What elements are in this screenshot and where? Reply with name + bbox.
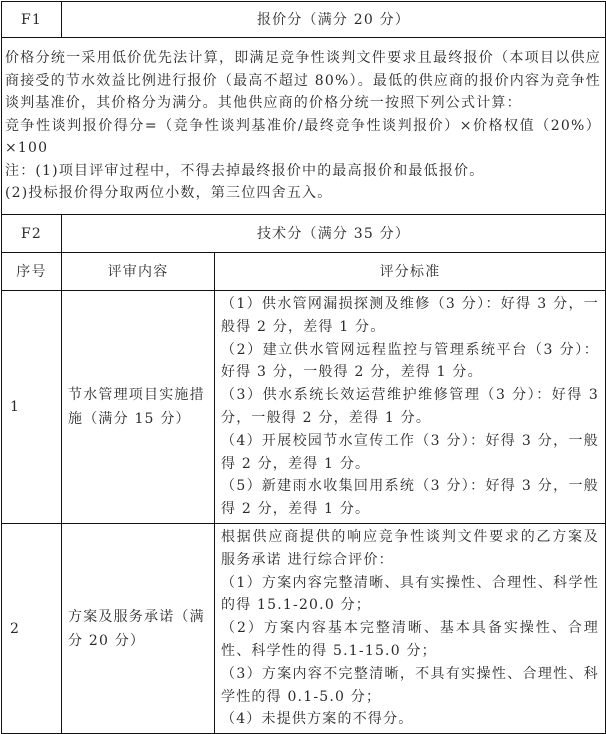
row-item: 方案及服务承诺（满分 20 分）: [62, 523, 215, 711]
criteria-line: （5）新建雨水收集回用系统（3 分）：好得 3 分，一般得 2 分，差得 1 分…: [221, 475, 599, 521]
row-item: 节水管理项目实施措施（满分 15 分）: [62, 291, 215, 524]
criteria-line: （2）方案内容基本完整清晰、基本具备实操性、合理性、科学性的得 5.1-15.0…: [221, 617, 599, 663]
criteria-line: （3）供水系统长效运营维护维修管理（3 分）：好得 3 分，一般得 2 分，差得…: [221, 384, 599, 430]
criteria-line: （2）建立供水管网远程监控与管理系统平台（3 分）：好得 3 分，一般得 2 分…: [221, 339, 599, 385]
scoring-table: F1 报价分（满分 20 分） 价格分统一采用低价优先法计算，即满足竞争性谈判文…: [1, 1, 606, 711]
criteria-line: （1）供水管网漏损探测及维修（3 分）：好得 3 分，一般得 2 分，差得 1 …: [221, 293, 599, 339]
f1-paragraph-formula: 竞争性谈判报价得分=（竞争性谈判基准价/最终竞争性谈判报价）×价格权值（20%）…: [5, 115, 601, 160]
row-index: 2: [2, 523, 62, 711]
f1-body-row: 价格分统一采用低价优先法计算，即满足竞争性谈判文件要求且最终报价（本项目以供应商…: [2, 38, 606, 215]
criteria-line: （1）方案内容完整清晰、具有实操性、合理性、科学性的得 15.1-20.0 分；: [221, 572, 599, 618]
row-criteria: （1）供水管网漏损探测及维修（3 分）：好得 3 分，一般得 2 分，差得 1 …: [215, 291, 606, 524]
f1-description: 价格分统一采用低价优先法计算，即满足竞争性谈判文件要求且最终报价（本项目以供应商…: [2, 38, 606, 215]
criteria-line: （4）开展校园节水宣传工作（3 分）：好得 3 分，一般得 2 分，差得 1 分…: [221, 430, 599, 476]
row-index: 1: [2, 291, 62, 524]
row-criteria: 根据供应商提供的响应竞争性谈判文件要求的乙方案及服务承诺 进行综合评价： （1）…: [215, 523, 606, 711]
f1-paragraph-pricing-method: 价格分统一采用低价优先法计算，即满足竞争性谈判文件要求且最终报价（本项目以供应商…: [5, 47, 601, 115]
f2-header-row: F2 技术分（满分 35 分）: [2, 215, 606, 253]
table-row: 1 节水管理项目实施措施（满分 15 分） （1）供水管网漏损探测及维修（3 分…: [2, 291, 606, 524]
f1-title: 报价分（满分 20 分）: [62, 2, 606, 38]
f1-code: F1: [2, 2, 62, 38]
f2-column-header-row: 序号 评审内容 评分标准: [2, 253, 606, 291]
f2-title: 技术分（满分 35 分）: [62, 215, 606, 253]
criteria-line: 根据供应商提供的响应竞争性谈判文件要求的乙方案及服务承诺 进行综合评价：: [221, 526, 599, 572]
f1-paragraph-note-2: (2)投标报价得分取两位小数，第三位四舍五入。: [5, 182, 601, 205]
f2-code: F2: [2, 215, 62, 253]
f1-header-row: F1 报价分（满分 20 分）: [2, 2, 606, 38]
table-row: 2 方案及服务承诺（满分 20 分） 根据供应商提供的响应竞争性谈判文件要求的乙…: [2, 523, 606, 711]
f1-paragraph-note-1: 注：(1)项目评审过程中，不得去掉最终报价中的最高报价和最低报价。: [5, 160, 601, 183]
column-header-index: 序号: [2, 253, 62, 291]
criteria-line: （3）方案内容不完整清晰，不具有实操性、合理性、科学性的得 0.1-5.0 分；: [221, 663, 599, 709]
column-header-criteria: 评分标准: [215, 253, 606, 291]
column-header-item: 评审内容: [62, 253, 215, 291]
